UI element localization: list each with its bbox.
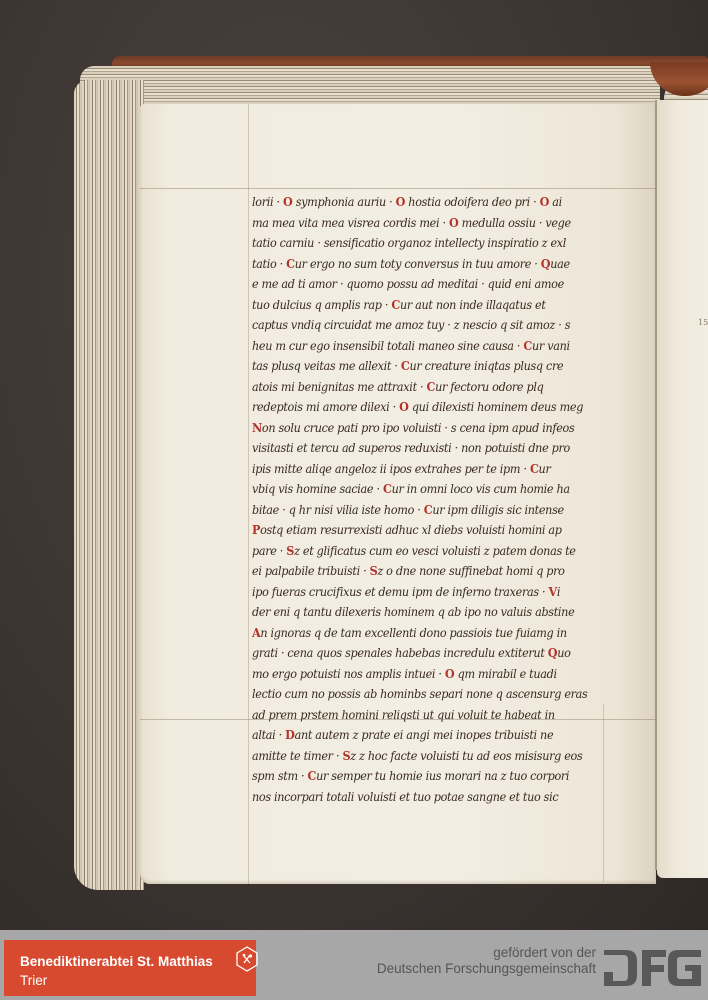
text-segment: ei palpabile tribuisti · [252,564,370,578]
text-segment: ur in omni loco vis cum homie ha [392,482,570,496]
text-line: ma mea vita mea visrea cordis mei · O me… [252,213,625,234]
rubricated-initial: N [252,421,262,435]
text-line: altai · Dant autem z prate ei angi mei i… [252,725,625,746]
text-segment: nos incorpari totali voluisti et tuo pot… [252,790,558,804]
text-segment: amitte te timer · [252,749,342,763]
funding-line-2: Deutschen Forschungsgemeinschaft [377,961,596,977]
rubricated-initial: Q [548,646,557,660]
text-segment: on solu cruce pati pro ipo voluisti · s … [262,421,574,435]
text-segment: mo ergo potuisti nos amplis intuei · [252,667,445,681]
funding-notice: gefördert von der Deutschen Forschungsge… [377,945,596,977]
text-line: tatio carniu · sensificatio organoz inte… [252,233,625,254]
rubricated-initial: P [252,523,260,537]
text-line: Postq etiam resurrexisti adhuc xl diebs … [252,520,625,541]
text-line: An ignoras q de tam excellenti dono pass… [252,623,625,644]
folio-number: 15 [698,318,708,327]
rubricated-initial: C [308,769,317,783]
institution-badge[interactable]: Benediktinerabtei St. Matthias Trier [4,940,256,996]
rubricated-initial: O [445,667,454,681]
text-segment: i [557,585,560,599]
rubricated-initial: O [396,195,405,209]
text-line: Non solu cruce pati pro ipo voluisti · s… [252,418,625,439]
text-segment: visitasti et tercu ad superos reduxisti … [252,441,570,455]
text-segment: bitae · q hr nisi vilia iste homo · [252,503,424,517]
text-line: der eni q tantu dilexeris hominem q ab i… [252,602,625,623]
text-segment: ostq etiam resurrexisti adhuc xl diebs v… [260,523,561,537]
text-segment: pare · [252,544,286,558]
ruling-left-margin [248,104,249,884]
text-segment: tatio carniu · sensificatio organoz inte… [252,236,566,250]
rubricated-initial: C [424,503,433,517]
text-segment: medulla ossiu · vege [458,216,570,230]
text-segment: redeptois mi amore dilexi · [252,400,399,414]
text-line: vbiq vis homine saciae · Cur in omni loc… [252,479,625,500]
text-line: ipo fueras crucifixus et demu ipm de inf… [252,582,625,603]
text-segment: altai · [252,728,285,742]
rubricated-initial: S [286,544,294,558]
rubricated-initial: O [399,400,408,414]
rubricated-initial: O [449,216,458,230]
text-segment: uo [557,646,570,660]
funding-line-1: gefördert von der [377,945,596,961]
text-line: bitae · q hr nisi vilia iste homo · Cur … [252,500,625,521]
text-segment: n ignoras q de tam excellenti dono passi… [260,626,566,640]
text-line: ei palpabile tribuisti · Sz o dne none s… [252,561,625,582]
text-segment: z et glificatus cum eo vesci voluisti z … [294,544,576,558]
text-line: mo ergo potuisti nos amplis intuei · O q… [252,664,625,685]
page-edges-fore [74,80,144,890]
text-segment: der eni q tantu dilexeris hominem q ab i… [252,605,574,619]
text-segment: lectio cum no possis ab hominbs separi n… [252,687,587,701]
text-segment: ai [549,195,562,209]
rubricated-initial: Q [541,257,550,271]
text-segment: ur fectoru odore plq [435,380,543,394]
text-segment: ma mea vita mea visrea cordis mei · [252,216,449,230]
dfg-logo-icon[interactable] [604,950,702,986]
institution-city: Trier [20,973,47,988]
text-line: ad prem prstem homini reliqsti ut qui vo… [252,705,625,726]
rubricated-initial: A [252,626,260,640]
rubricated-initial: O [283,195,292,209]
rubricated-initial: C [383,482,392,496]
text-segment: grati · cena quos spenales habebas incre… [252,646,548,660]
text-segment: e me ad ti amor · quomo possu ad meditai… [252,277,564,291]
rubricated-initial: S [342,749,350,763]
text-segment: tas plusq veitas me allexit · [252,359,401,373]
text-segment: ipis mitte aliqe angeloz ii ipos extrahe… [252,462,530,476]
text-segment: ipo fueras crucifixus et demu ipm de inf… [252,585,549,599]
rubricated-initial: D [285,728,294,742]
text-segment: symphonia auriu · [292,195,395,209]
text-segment: ur creature iniqtas plusq cre [409,359,563,373]
text-segment: vbiq vis homine saciae · [252,482,383,496]
ruling-top [140,188,656,189]
text-segment: lorii · [252,195,283,209]
text-line: pare · Sz et glificatus cum eo vesci vol… [252,541,625,562]
text-segment: ur aut non inde illaqatus et [400,298,546,312]
rubricated-initial: O [540,195,549,209]
text-segment: z z hoc facte voluisti tu ad eos misisur… [350,749,582,763]
text-segment: captus vndiq circuidat me amoz tuy · z n… [252,318,570,332]
text-line: amitte te timer · Sz z hoc facte voluist… [252,746,625,767]
text-line: tuo dulcius q amplis rap · Cur aut non i… [252,295,625,316]
text-line: visitasti et tercu ad superos reduxisti … [252,438,625,459]
text-segment: heu m cur ego insensibil totali maneo si… [252,339,523,353]
manuscript-text: lorii · O symphonia auriu · O hostia odo… [252,192,657,807]
rubricated-initial: C [426,380,435,394]
abbey-logo-icon [235,946,259,972]
institution-name: Benediktinerabtei St. Matthias [20,954,213,969]
text-line: redeptois mi amore dilexi · O qui dilexi… [252,397,625,418]
text-segment: uae [550,257,570,271]
text-line: spm stm · Cur semper tu homie ius morari… [252,766,625,787]
text-segment: hostia odoifera deo pri · [405,195,540,209]
text-line: e me ad ti amor · quomo possu ad meditai… [252,274,625,295]
page-edges-top [80,66,660,106]
rubricated-initial: C [391,298,400,312]
text-segment: atois mi benignitas me attraxit · [252,380,426,394]
text-segment: ant autem z prate ei angi mei inopes tri… [295,728,554,742]
text-line: atois mi benignitas me attraxit · Cur fe… [252,377,625,398]
text-segment: ad prem prstem homini reliqsti ut qui vo… [252,708,555,722]
text-line: grati · cena quos spenales habebas incre… [252,643,625,664]
text-segment: qui dilexisti hominem deus meg [409,400,583,414]
text-segment: ur vani [532,339,570,353]
text-line: tatio · Cur ergo no sum toty conversus i… [252,254,625,275]
text-segment: spm stm · [252,769,308,783]
text-line: tas plusq veitas me allexit · Cur creatu… [252,356,625,377]
text-segment: ur semper tu homie ius morari na z tuo c… [316,769,569,783]
manuscript-page-recto-edge [657,100,708,878]
text-segment: ur ergo no sum toty conversus in tuu amo… [295,257,541,271]
text-segment: ur ipm diligis sic intense [432,503,564,517]
text-line: lectio cum no possis ab hominbs separi n… [252,684,625,705]
rubricated-initial: C [401,359,410,373]
text-segment: z o dne none suffinebat homi q pro [377,564,564,578]
text-line: nos incorpari totali voluisti et tuo pot… [252,787,625,808]
text-segment: ur [539,462,551,476]
text-segment: qm mirabil e tuadi [454,667,556,681]
text-line: captus vndiq circuidat me amoz tuy · z n… [252,315,625,336]
text-line: lorii · O symphonia auriu · O hostia odo… [252,192,625,213]
footer-bar: Benediktinerabtei St. Matthias Trier gef… [0,930,708,1000]
text-segment: tuo dulcius q amplis rap · [252,298,391,312]
text-segment: tatio · [252,257,286,271]
text-line: heu m cur ego insensibil totali maneo si… [252,336,625,357]
text-line: ipis mitte aliqe angeloz ii ipos extrahe… [252,459,625,480]
